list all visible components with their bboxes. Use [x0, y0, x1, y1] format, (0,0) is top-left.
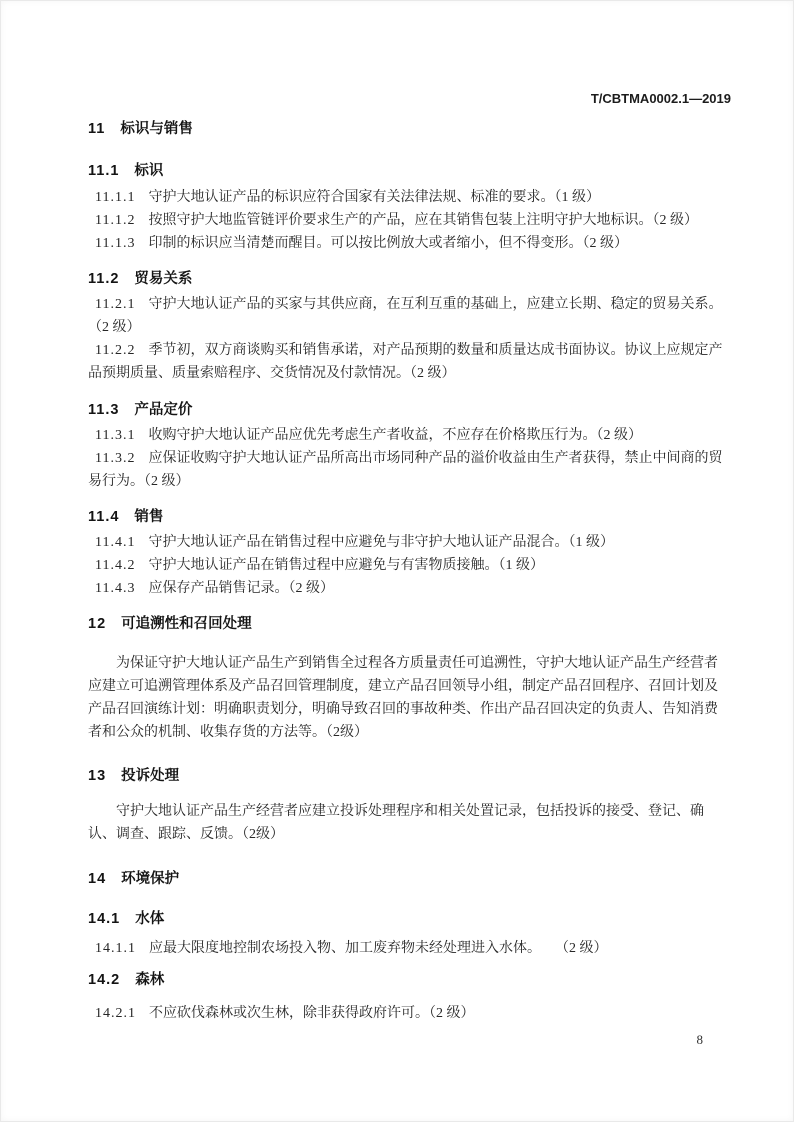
page-footer: 8: [88, 1030, 731, 1050]
document-page: T/CBTMA0002.1—2019 11标识与销售 11.1标识 11.1.1…: [0, 0, 794, 1122]
subsection-11-1-number: 11.1: [88, 163, 119, 179]
clause-11-1-1-text: 守护大地认证产品的标识应符合国家有关法律法规、标准的要求。（1 级）: [148, 190, 600, 205]
section-11-number: 11: [88, 121, 105, 137]
subsection-14-1-heading: 14.1水体: [88, 908, 731, 931]
subsection-11-3-heading: 11.3产品定价: [88, 399, 731, 422]
clause-11-3-1-number: 11.3.1: [95, 428, 135, 443]
clause-14-1-1: 14.1.1应最大限度地控制农场投入物、加工废弃物未经处理进入水体。 （2 级）: [88, 937, 731, 960]
clause-11-2-1-text: 守护大地认证产品的买家与其供应商，在互利互重的基础上，应建立长期、稳定的贸易关系…: [88, 297, 722, 335]
section-12-number: 12: [88, 616, 106, 632]
clause-11-4-3-number: 11.4.3: [95, 581, 135, 596]
clause-11-2-2-text: 季节初，双方商谈购买和销售承诺，对产品预期的数量和质量达成书面协议。协议上应规定…: [88, 343, 722, 381]
subsection-11-2-number: 11.2: [88, 271, 119, 287]
clause-14-2-1-number: 14.2.1: [95, 1006, 136, 1021]
subsection-11-4-number: 11.4: [88, 509, 119, 525]
clause-11-3-2-number: 11.3.2: [95, 451, 135, 466]
clause-11-1-3: 11.1.3印制的标识应当清楚而醒目。可以按比例放大或者缩小，但不得变形。（2 …: [88, 232, 731, 255]
clause-11-1-1: 11.1.1守护大地认证产品的标识应符合国家有关法律法规、标准的要求。（1 级）: [88, 186, 731, 209]
clause-11-4-2-text: 守护大地认证产品在销售过程中应避免与有害物质接触。（1 级）: [148, 558, 544, 573]
subsection-11-3-title: 产品定价: [134, 402, 192, 418]
clause-11-2-2-number: 11.2.2: [95, 343, 135, 358]
subsection-14-2-number: 14.2: [88, 972, 120, 988]
clause-11-2-2: 11.2.2季节初，双方商谈购买和销售承诺，对产品预期的数量和质量达成书面协议。…: [88, 339, 731, 385]
clause-11-1-1-number: 11.1.1: [95, 190, 135, 205]
section-12-title: 可追溯性和召回处理: [121, 616, 252, 632]
clause-11-1-3-number: 11.1.3: [95, 236, 135, 251]
clause-11-4-1-text: 守护大地认证产品在销售过程中应避免与非守护大地认证产品混合。（1 级）: [148, 535, 614, 550]
subsection-11-4-title: 销售: [134, 509, 163, 525]
section-13-number: 13: [88, 768, 106, 784]
clause-11-3-2: 11.3.2应保证收购守护大地认证产品所高出市场同种产品的溢价收益由生产者获得，…: [88, 447, 731, 493]
clause-11-1-2: 11.1.2按照守护大地监管链评价要求生产的产品，应在其销售包装上注明守护大地标…: [88, 209, 731, 232]
section-11-title: 标识与销售: [120, 121, 193, 137]
clause-11-1-2-text: 按照守护大地监管链评价要求生产的产品，应在其销售包装上注明守护大地标识。（2 级…: [148, 213, 698, 228]
page-number: 8: [697, 1032, 704, 1047]
clause-14-1-1-text: 应最大限度地控制农场投入物、加工废弃物未经处理进入水体。 （2 级）: [149, 941, 608, 956]
subsection-11-1-heading: 11.1标识: [88, 160, 731, 183]
section-14-title: 环境保护: [121, 871, 179, 887]
clause-11-3-1-text: 收购守护大地认证产品应优先考虑生产者收益，不应存在价格欺压行为。（2 级）: [148, 428, 642, 443]
subsection-11-2-heading: 11.2贸易关系: [88, 268, 731, 291]
clause-14-1-1-number: 14.1.1: [95, 941, 136, 956]
section-13-heading: 13投诉处理: [88, 765, 731, 788]
subsection-14-1-title: 水体: [135, 911, 164, 927]
clause-11-1-2-number: 11.1.2: [95, 213, 135, 228]
subsection-11-1-title: 标识: [134, 163, 163, 179]
clause-11-3-2-text: 应保证收购守护大地认证产品所高出市场同种产品的溢价收益由生产者获得，禁止中间商的…: [88, 451, 722, 489]
section-13-paragraph: 守护大地认证产品生产经营者应建立投诉处理程序和相关处置记录，包括投诉的接受、登记…: [88, 800, 731, 846]
subsection-14-2-title: 森林: [135, 972, 164, 988]
clause-11-4-1-number: 11.4.1: [95, 535, 135, 550]
section-13-title: 投诉处理: [121, 768, 179, 784]
clause-11-1-3-text: 印制的标识应当清楚而醒目。可以按比例放大或者缩小，但不得变形。（2 级）: [148, 236, 628, 251]
section-12-paragraph: 为保证守护大地认证产品生产到销售全过程各方质量责任可追溯性，守护大地认证产品生产…: [88, 652, 731, 744]
subsection-11-3-number: 11.3: [88, 402, 119, 418]
section-11-heading: 11标识与销售: [88, 118, 731, 141]
clause-11-4-3-text: 应保存产品销售记录。（2 级）: [148, 581, 334, 596]
doc-header: T/CBTMA0002.1—2019: [88, 90, 731, 108]
clause-11-4-1: 11.4.1守护大地认证产品在销售过程中应避免与非守护大地认证产品混合。（1 级…: [88, 531, 731, 554]
clause-11-4-2-number: 11.4.2: [95, 558, 135, 573]
clause-11-2-1: 11.2.1守护大地认证产品的买家与其供应商，在互利互重的基础上，应建立长期、稳…: [88, 293, 731, 339]
section-14-heading: 14环境保护: [88, 868, 731, 891]
section-14-number: 14: [88, 871, 106, 887]
section-12-heading: 12可追溯性和召回处理: [88, 613, 731, 636]
subsection-14-2-heading: 14.2森林: [88, 969, 731, 992]
subsection-11-4-heading: 11.4销售: [88, 506, 731, 529]
subsection-11-2-title: 贸易关系: [134, 271, 192, 287]
clause-11-4-2: 11.4.2守护大地认证产品在销售过程中应避免与有害物质接触。（1 级）: [88, 554, 731, 577]
clause-11-3-1: 11.3.1收购守护大地认证产品应优先考虑生产者收益，不应存在价格欺压行为。（2…: [88, 424, 731, 447]
clause-11-4-3: 11.4.3应保存产品销售记录。（2 级）: [88, 577, 731, 600]
subsection-14-1-number: 14.1: [88, 911, 120, 927]
clause-14-2-1-text: 不应砍伐森林或次生林，除非获得政府许可。（2 级）: [149, 1006, 475, 1021]
clause-11-2-1-number: 11.2.1: [95, 297, 135, 312]
doc-code: T/CBTMA0002.1—2019: [591, 91, 731, 106]
clause-14-2-1: 14.2.1不应砍伐森林或次生林，除非获得政府许可。（2 级）: [88, 1002, 731, 1025]
